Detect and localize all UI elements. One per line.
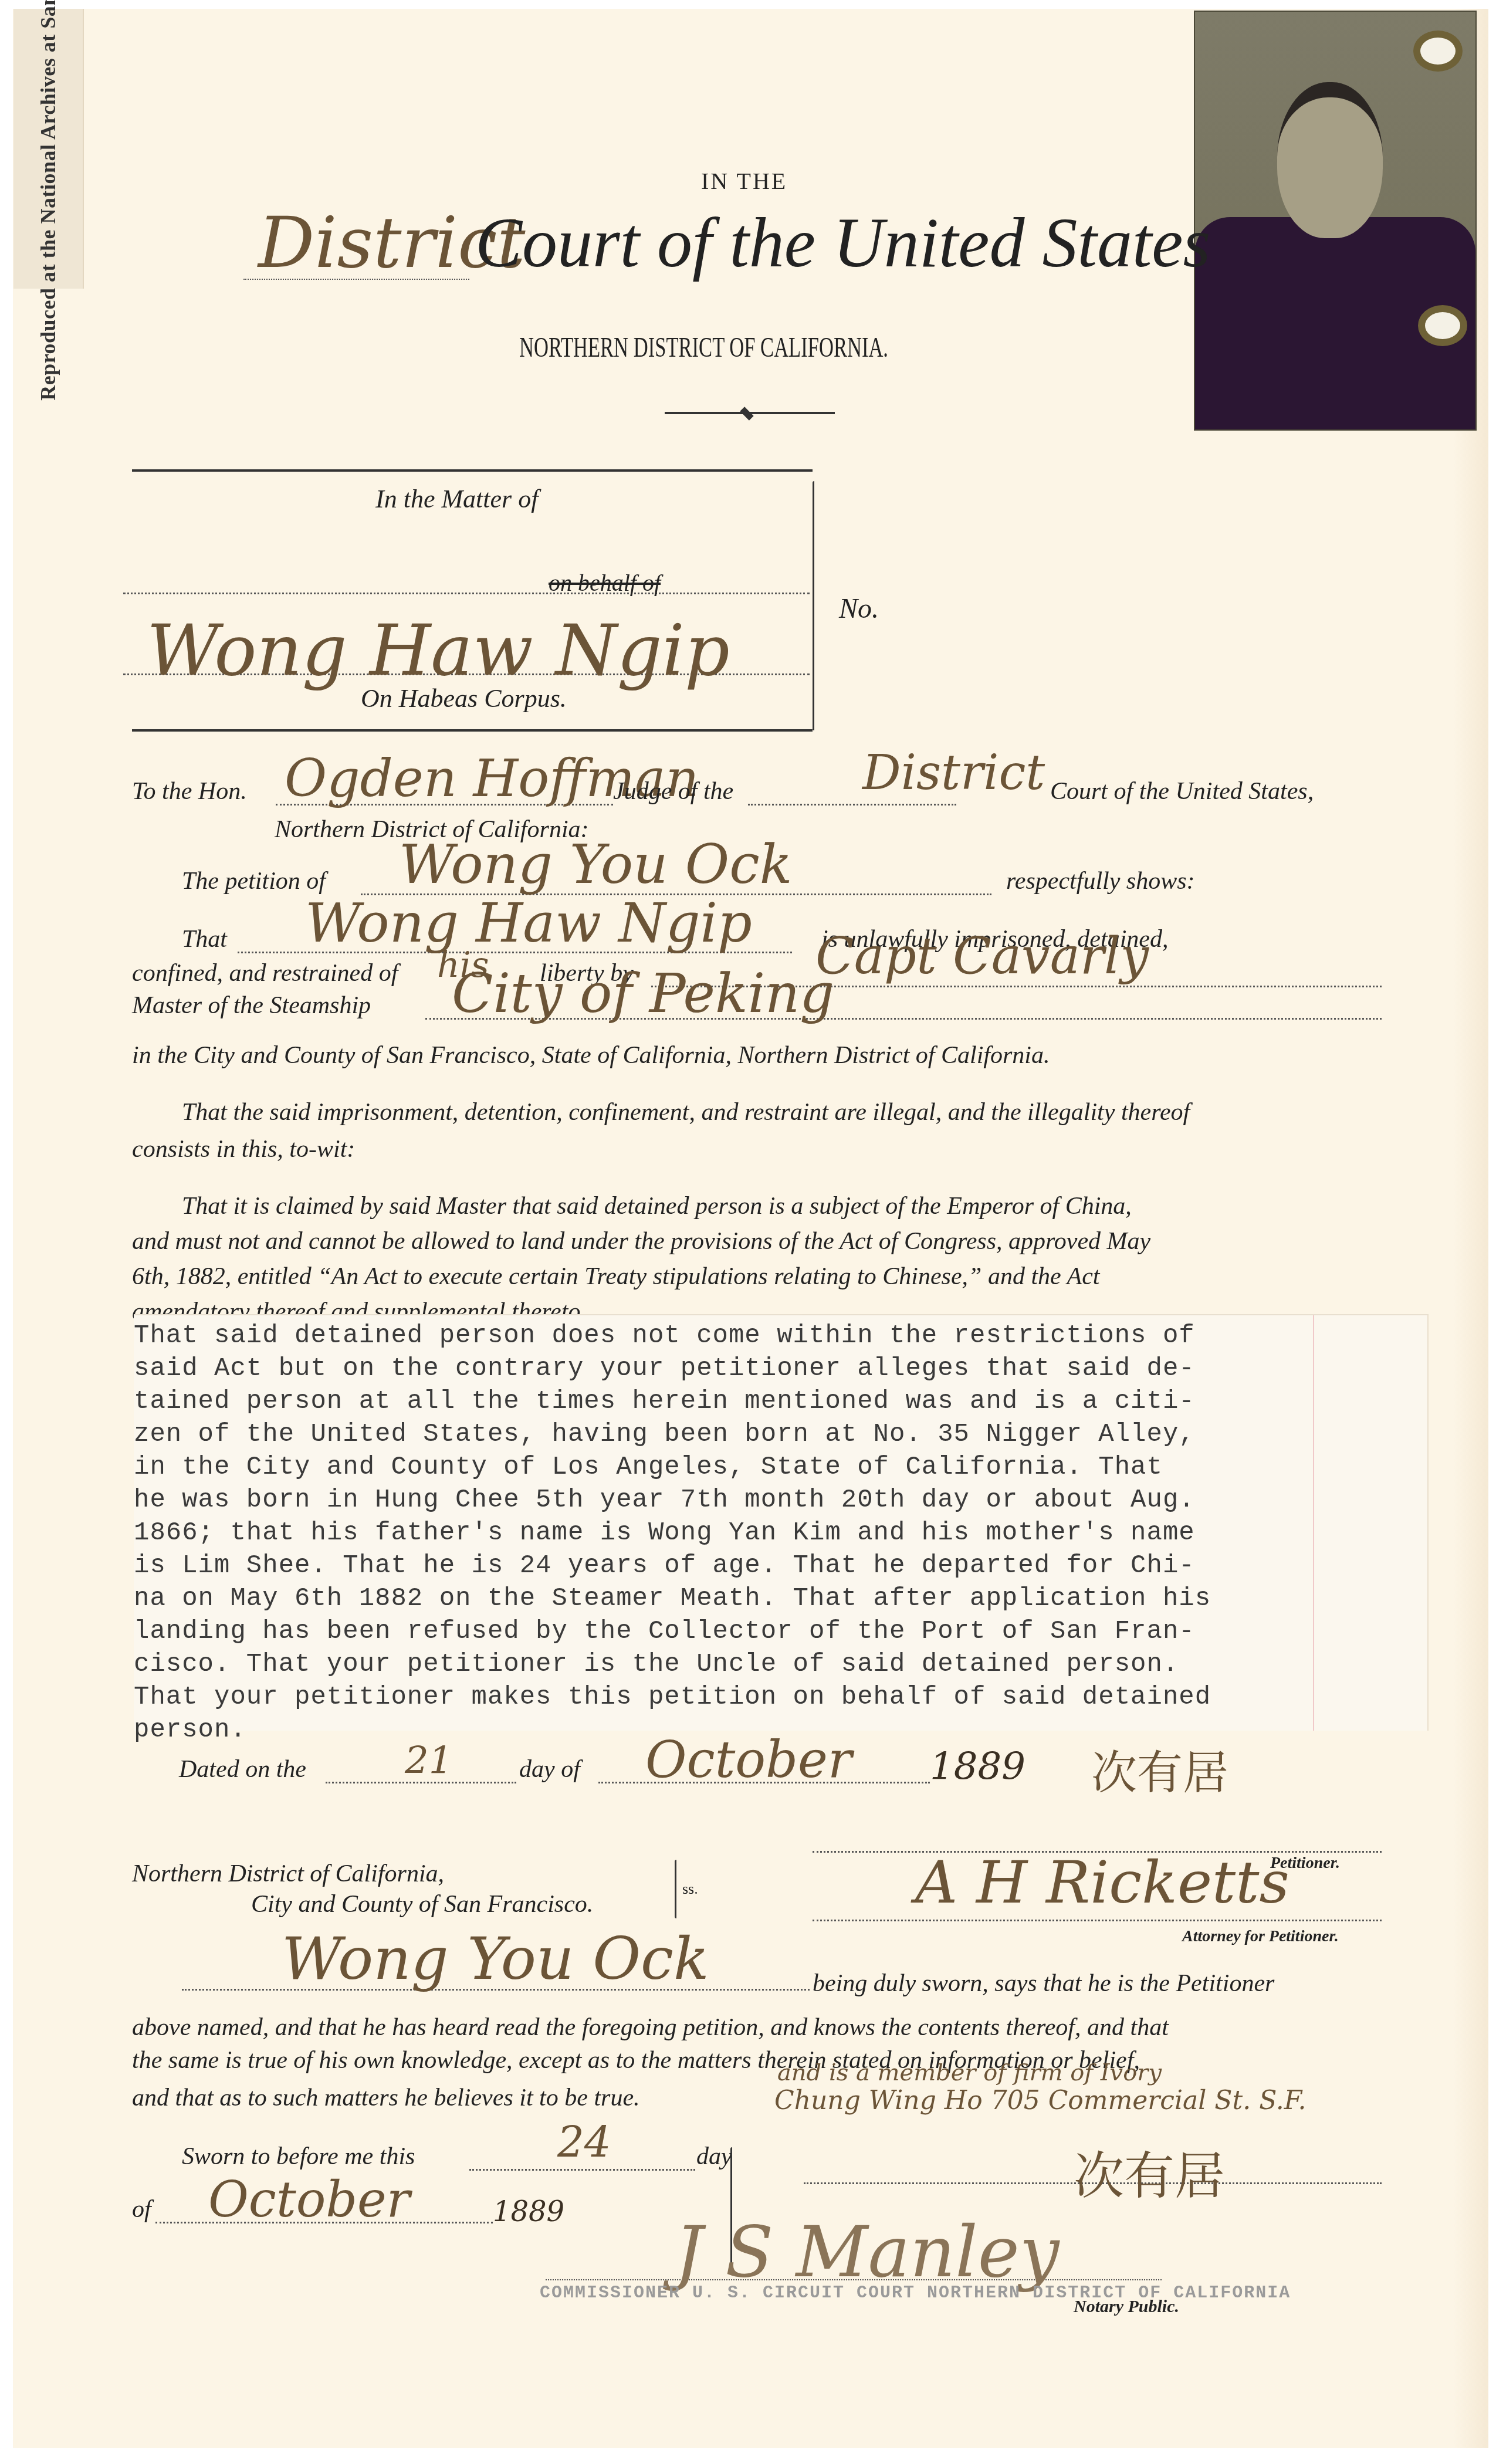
- para-illegal-1: That the said imprisonment, detention, c…: [182, 1098, 1190, 1126]
- steamship-name: City of Peking: [452, 962, 834, 1025]
- typed-line: he was born in Hung Chee 5th year 7th mo…: [134, 1485, 1195, 1515]
- detained-name-petition: Wong Haw Ngip: [305, 892, 752, 955]
- para-claimed-2: and must not and cannot be allowed to la…: [132, 1227, 1150, 1255]
- typed-line: na on May 6th 1882 on the Steamer Meath.…: [134, 1584, 1211, 1613]
- petitioner-name: Wong You Ock: [399, 833, 792, 896]
- on-behalf-of: on behalf of: [549, 569, 661, 597]
- typed-line: zen of the United States, having been bo…: [134, 1420, 1195, 1449]
- typed-line: cisco. That your petitioner is the Uncle…: [134, 1650, 1179, 1679]
- venue-brace: [675, 1860, 676, 1918]
- typed-line: person.: [134, 1715, 246, 1745]
- sworn-of: of: [132, 2195, 151, 2223]
- master-name: Capt Cavarly: [815, 927, 1149, 986]
- affidavit-handwritten-1: and is a member of firm of Ivory: [777, 2059, 1162, 2086]
- venue-line-2: City and County of San Francisco.: [251, 1890, 593, 1918]
- caption-brace: [813, 481, 814, 730]
- court-type-2: District: [862, 745, 1045, 801]
- sworn-year: 1889: [493, 2195, 564, 2228]
- notary-public-label: Notary Public.: [1074, 2297, 1179, 2317]
- para-claimed-1: That it is claimed by said Master that s…: [182, 1192, 1132, 1220]
- header-in-the: IN THE: [701, 167, 787, 195]
- on-habeas-corpus: On Habeas Corpus.: [361, 683, 567, 713]
- confined-restrained: confined, and restrained of: [132, 959, 398, 987]
- dated-day: 21: [405, 1739, 452, 1783]
- court-title: Court of the United States: [475, 202, 1210, 283]
- slip-margin-line: [1313, 1315, 1314, 1731]
- petition-of: The petition of: [182, 867, 326, 895]
- venue-ss: ss.: [682, 1880, 698, 1898]
- typed-line: said Act but on the contrary your petiti…: [134, 1354, 1195, 1383]
- dated-on-the: Dated on the: [179, 1755, 306, 1783]
- affidavit-line-4: and that as to such matters he believes …: [132, 2084, 640, 2112]
- detained-name-caption: Wong Haw Ngip: [147, 610, 730, 692]
- typed-line: is Lim Shee. That he is 24 years of age.…: [134, 1551, 1195, 1580]
- grommet-top-icon: [1413, 31, 1463, 72]
- case-number-label: No.: [839, 593, 879, 625]
- court-type-line-2: [748, 804, 956, 805]
- sworn-day: 24: [557, 2118, 611, 2167]
- in-the-matter-of: In the Matter of: [375, 484, 538, 514]
- typed-line: That said detained person does not come …: [134, 1321, 1195, 1351]
- dated-day-of: day of: [519, 1755, 580, 1783]
- typed-line: That your petitioner makes this petition…: [134, 1683, 1211, 1712]
- typed-line: tained person at all the times herein me…: [134, 1387, 1195, 1416]
- sworn-month: October: [208, 2171, 410, 2228]
- archive-label: Reproduced at the National Archives at S…: [36, 0, 60, 400]
- affidavit-line-2: above named, and that he has heard read …: [132, 2013, 1169, 2042]
- header-district: NORTHERN DISTRICT OF CALIFORNIA.: [519, 331, 1032, 364]
- dated-month: October: [645, 1731, 852, 1789]
- typed-line: landing has been refused by the Collecto…: [134, 1617, 1195, 1646]
- photo-figure-head: [1277, 82, 1383, 238]
- grommet-bottom-icon: [1418, 305, 1467, 346]
- caption-top-rule: [132, 469, 813, 472]
- behalf-line: [123, 593, 810, 594]
- attorney-signature: A H Ricketts: [915, 1848, 1289, 1917]
- venue-line-1: Northern District of California,: [132, 1860, 444, 1888]
- affiant-name: Wong You Ock: [282, 1924, 709, 1993]
- city-county-clause: in the City and County of San Francisco,…: [132, 1041, 1050, 1069]
- affidavit-handwritten-2: Chung Wing Ho 705 Commercial St. S.F.: [774, 2086, 1306, 2116]
- attorney-label: Attorney for Petitioner.: [1182, 1927, 1339, 1946]
- para-illegal-2: consists in this, to-wit:: [132, 1135, 355, 1163]
- court-of-united-states: Court of the United States,: [1050, 777, 1314, 805]
- affidavit-line-1: being duly sworn, says that he is the Pe…: [813, 1969, 1274, 1998]
- portrait-photograph: [1194, 11, 1477, 431]
- sworn-day-label: day: [696, 2143, 732, 2171]
- caption-bottom-rule: [132, 729, 813, 732]
- typed-line: in the City and County of Los Angeles, S…: [134, 1453, 1163, 1482]
- to-the-hon: To the Hon.: [132, 777, 247, 805]
- sworn-day-line: [469, 2169, 695, 2171]
- chinese-signature-jurat: 次有居: [1074, 2135, 1225, 2208]
- attorney-signature-line: [813, 1920, 1382, 1921]
- archive-label-strip: Reproduced at the National Archives at S…: [13, 9, 84, 289]
- master-of-steamship: Master of the Steamship: [132, 991, 371, 1020]
- chinese-signature-petition: 次有居: [1091, 1737, 1228, 1802]
- notary-signature: J S Manley: [675, 2212, 1060, 2293]
- sworn-to: Sworn to before me this: [182, 2143, 415, 2171]
- judge-of-the: Judge of the: [613, 777, 733, 805]
- dated-year: 1889: [930, 1745, 1025, 1789]
- typed-line: 1866; that his father's name is Wong Yan…: [134, 1518, 1195, 1548]
- para-claimed-3: 6th, 1882, entitled “An Act to execute c…: [132, 1263, 1099, 1291]
- that-label: That: [182, 925, 227, 953]
- respectfully-shows: respectfully shows:: [1006, 867, 1195, 895]
